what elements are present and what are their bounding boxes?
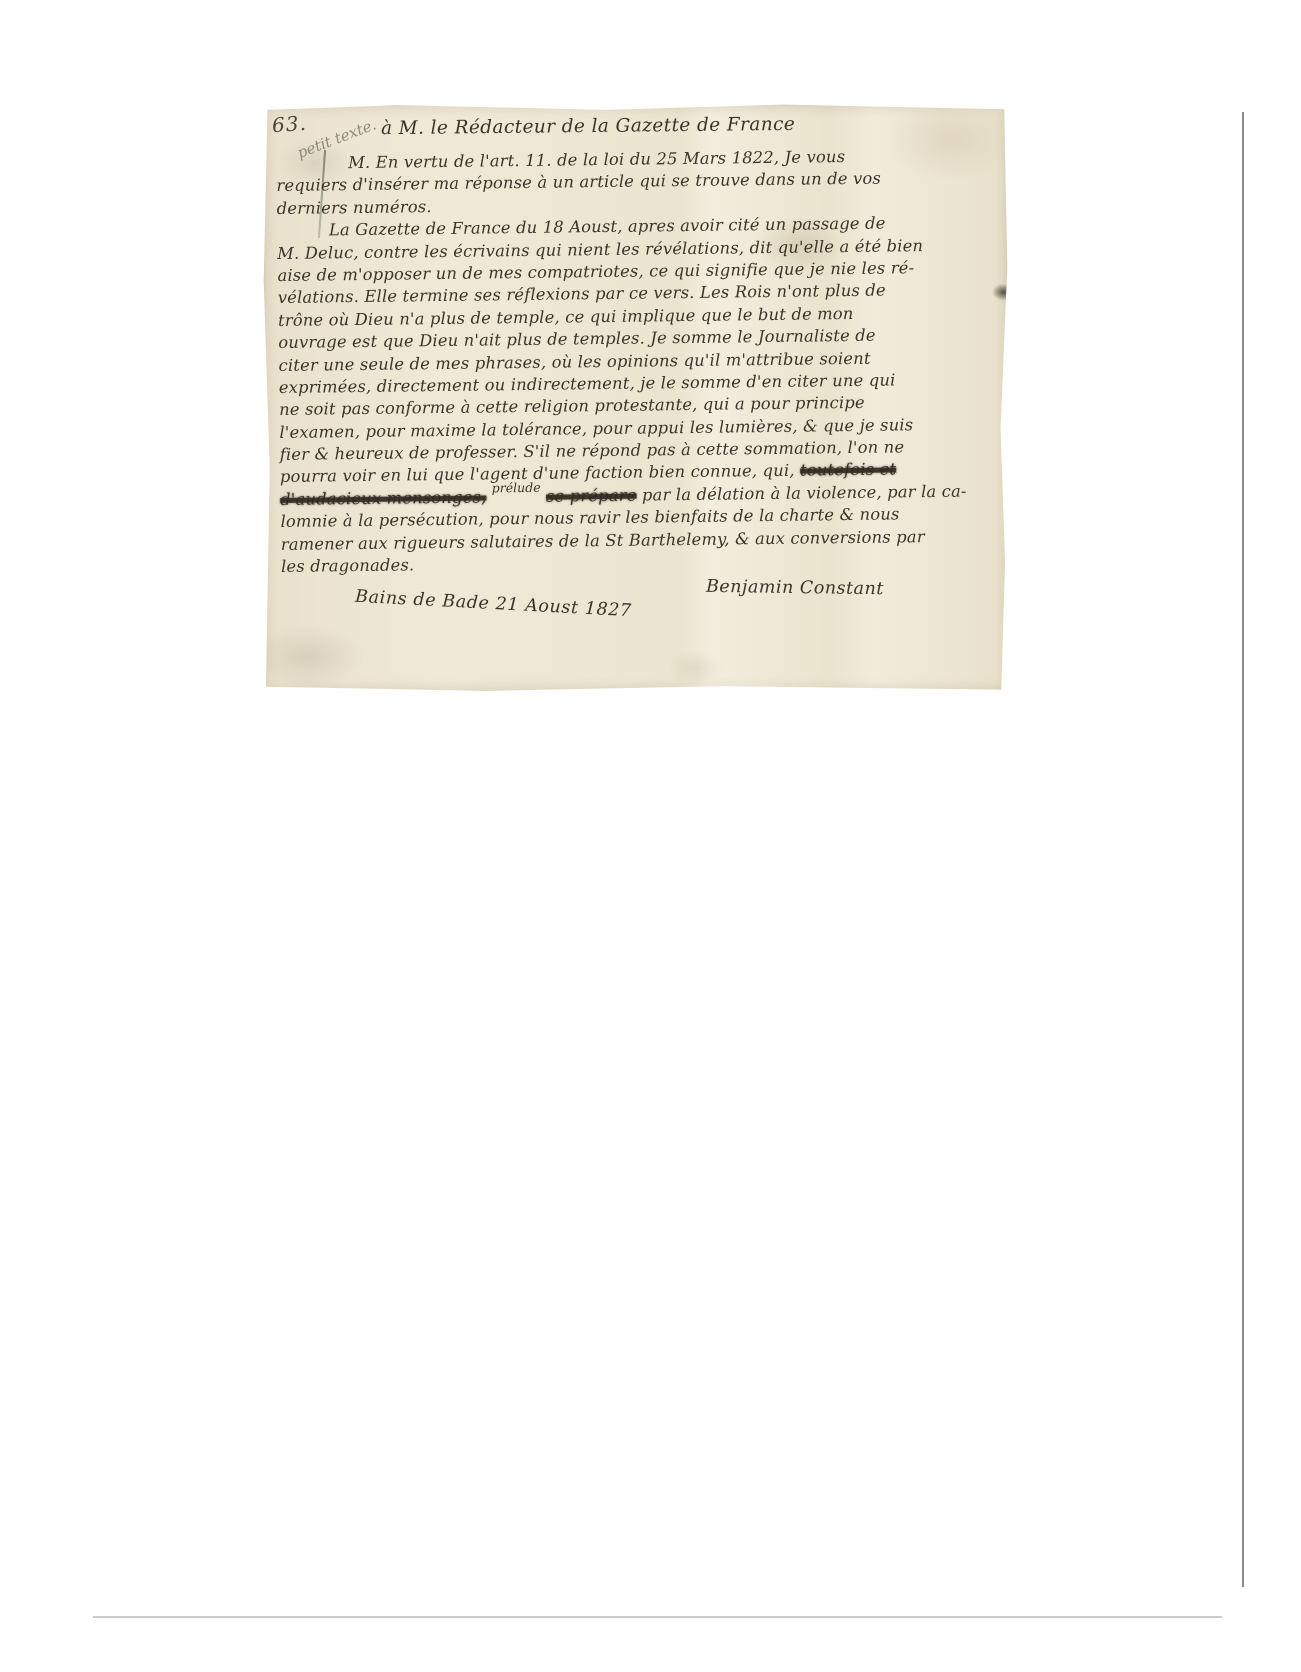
struck-out-text: toutefois et bbox=[800, 460, 896, 480]
document-page: 63. petit texte. à M. le Rédacteur de la… bbox=[0, 0, 1301, 1672]
bottom-page-divider bbox=[93, 1616, 1222, 1618]
letter-signature: Benjamin Constant bbox=[706, 577, 884, 599]
struck-out-text: se prépare bbox=[546, 485, 637, 505]
letter-lines: M. En vertu de l'art. 11. de la loi du 2… bbox=[276, 144, 1001, 578]
struck-out-text: d'audacieux mensonges, bbox=[280, 487, 486, 509]
letter-dateline: Bains de Bade 21 Aoust 1827 bbox=[355, 587, 633, 621]
archival-number: 63. bbox=[271, 111, 307, 137]
manuscript-scan: 63. petit texte. à M. le Rédacteur de la… bbox=[263, 104, 1008, 692]
line-text bbox=[486, 487, 492, 506]
letter-heading: à M. le Rédacteur de la Gazette de Franc… bbox=[381, 114, 795, 139]
line-text: les dragonades. bbox=[281, 555, 415, 576]
line-text: derniers numéros. bbox=[277, 197, 432, 218]
inserted-word: prélude bbox=[492, 480, 541, 496]
vertical-page-divider bbox=[1242, 112, 1244, 1587]
line-text: par la délation à la violence, par la ca… bbox=[636, 481, 966, 504]
